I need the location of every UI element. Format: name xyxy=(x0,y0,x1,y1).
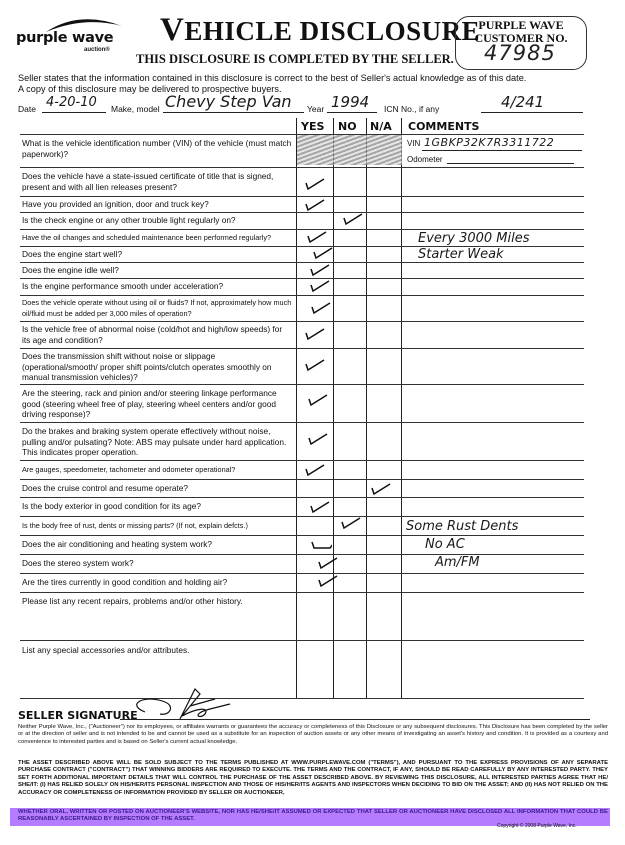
checkmark-icon xyxy=(304,177,326,191)
checkmark-icon xyxy=(304,463,326,477)
row-divider xyxy=(20,278,584,279)
checkmark-icon xyxy=(309,263,331,277)
checkmark-yes-oil-fluids[interactable] xyxy=(310,301,332,315)
signature-scribble-icon xyxy=(120,684,250,722)
question-engine-start: Does the engine start well? xyxy=(22,249,292,260)
comment-rust-dents[interactable]: Some Rust Dents xyxy=(406,519,518,534)
logo-text: purple wave xyxy=(16,30,113,46)
checkmark-icon xyxy=(370,482,392,496)
row-divider xyxy=(20,479,584,480)
checkmark-yes-ac[interactable] xyxy=(310,536,332,550)
question-oil-changes: Have the oil changes and scheduled maint… xyxy=(22,233,292,244)
question-tires: Are the tires currently in good conditio… xyxy=(22,577,292,588)
comment-engine-start[interactable]: Starter Weak xyxy=(418,247,504,262)
checkmark-icon xyxy=(310,301,332,315)
checkmark-icon xyxy=(304,327,326,341)
row-divider xyxy=(20,212,584,213)
odometer-label: Odometer xyxy=(407,155,443,164)
checkmark-icon xyxy=(304,358,326,372)
row-divider xyxy=(20,295,584,296)
checkmark-icon xyxy=(340,516,362,530)
question-air-conditioning: Does the air conditioning and heating sy… xyxy=(22,539,292,550)
question-gauges: Are gauges, speedometer, tachometer and … xyxy=(22,465,292,476)
question-keys: Have you provided an ignition, door and … xyxy=(22,199,292,210)
column-header-no: NO xyxy=(338,120,357,133)
logo-subtext: auction® xyxy=(84,47,110,53)
question-engine-performance: Is the engine performance smooth under a… xyxy=(22,281,292,292)
question-oil-fluids: Does the vehicle operate without using o… xyxy=(22,298,292,319)
row-divider xyxy=(20,134,584,135)
column-header-na: N/A xyxy=(370,120,392,133)
year-field[interactable]: 1994 xyxy=(327,94,377,113)
question-cruise-control: Does the cruise control and resume opera… xyxy=(22,483,292,494)
question-rust-dents: Is the body free of rust, dents or missi… xyxy=(22,521,292,532)
checkmark-yes-brakes[interactable] xyxy=(307,432,329,446)
checkmark-yes-gauges[interactable] xyxy=(304,463,326,477)
highlighted-terms-text: whether oral, written or posted on aucti… xyxy=(18,809,608,824)
row-divider xyxy=(20,592,584,593)
date-field[interactable]: 4-20-10 xyxy=(42,96,106,113)
checkmark-icon xyxy=(342,212,364,226)
checkmark-yes-keys[interactable] xyxy=(304,198,326,212)
question-stereo: Does the stereo system work? xyxy=(22,558,292,569)
row-divider xyxy=(20,384,584,385)
grid-line xyxy=(333,118,334,698)
page-subtitle: THIS DISCLOSURE IS COMPLETED BY THE SELL… xyxy=(136,52,454,67)
checkmark-icon xyxy=(306,230,328,244)
question-recent-repairs: Please list any recent repairs, problems… xyxy=(22,596,292,607)
page-title: VEHICLE DISCLOSURE xyxy=(160,12,480,49)
comment-line xyxy=(402,262,582,263)
row-divider xyxy=(20,348,584,349)
question-engine-idle: Does the engine idle well? xyxy=(22,265,292,276)
make-model-field[interactable]: Chevy Step Van xyxy=(163,92,304,113)
row-divider xyxy=(20,573,584,574)
checkmark-icon xyxy=(307,393,329,407)
row-divider xyxy=(20,497,584,498)
question-check-engine: Is the check engine or any other trouble… xyxy=(22,215,292,226)
row-divider xyxy=(20,535,584,536)
row-divider xyxy=(20,698,584,699)
checkmark-icon xyxy=(307,432,329,446)
checkmark-yes-steering[interactable] xyxy=(307,393,329,407)
question-vin: What is the vehicle identification numbe… xyxy=(22,138,292,159)
checkmark-yes-oil[interactable] xyxy=(306,230,328,244)
grid-line xyxy=(296,118,297,698)
row-divider xyxy=(20,554,584,555)
checkmark-yes-performance[interactable] xyxy=(309,279,331,293)
grid-line xyxy=(401,118,402,698)
icn-label: ICN No., if any xyxy=(384,104,439,114)
row-divider xyxy=(20,196,584,197)
checkmark-icon xyxy=(310,536,332,550)
question-steering: Are the steering, rack and pinion and/or… xyxy=(22,388,292,420)
vin-row-shading xyxy=(297,135,402,165)
customer-number-box: PURPLE WAVECUSTOMER NO. 47985 xyxy=(455,16,587,70)
checkmark-yes-tires[interactable] xyxy=(317,574,339,588)
odometer-field[interactable] xyxy=(447,152,574,164)
row-divider xyxy=(20,321,584,322)
checkmark-icon xyxy=(317,556,339,570)
row-divider xyxy=(20,229,584,230)
checkmark-yes-transmission[interactable] xyxy=(304,358,326,372)
checkmark-icon xyxy=(304,198,326,212)
checkmark-yes-noise[interactable] xyxy=(304,327,326,341)
vin-label: VIN xyxy=(407,139,420,148)
checkmark-na-cruise[interactable] xyxy=(370,482,392,496)
intro-statement: Seller states that the information conta… xyxy=(18,73,526,94)
checkmark-no-check-engine[interactable] xyxy=(342,212,364,226)
make-model-label: Make, model xyxy=(111,104,160,114)
checkmark-icon xyxy=(317,574,339,588)
checkmark-icon xyxy=(309,500,331,514)
checkmark-yes-stereo[interactable] xyxy=(317,556,339,570)
row-divider xyxy=(20,640,584,641)
date-label: Date xyxy=(18,104,36,114)
checkmark-yes-body-exterior[interactable] xyxy=(309,500,331,514)
seller-signature-field[interactable] xyxy=(120,706,590,720)
checkmark-icon xyxy=(312,246,334,260)
column-header-yes: YES xyxy=(301,120,324,133)
column-header-comments: COMMENTS xyxy=(408,120,479,133)
checkmark-yes-start[interactable] xyxy=(312,246,334,260)
customer-number-value[interactable]: 47985 xyxy=(484,41,556,65)
question-title: Does the vehicle have a state-issued cer… xyxy=(22,171,292,192)
question-brakes: Do the brakes and braking system operate… xyxy=(22,426,292,458)
row-divider xyxy=(20,422,584,423)
checkmark-no-rust[interactable] xyxy=(340,516,362,530)
row-divider xyxy=(20,460,584,461)
comment-oil-changes[interactable]: Every 3000 Miles xyxy=(418,231,530,246)
icn-field[interactable]: 4/241 xyxy=(481,94,583,113)
question-accessories: List any special accessories and/or attr… xyxy=(22,645,292,656)
question-noise: Is the vehicle free of abnormal noise (c… xyxy=(22,324,292,345)
vin-field[interactable]: 1GBKP32K7R3311722 xyxy=(422,136,582,151)
terms-text: The asset described above will be sold s… xyxy=(18,760,608,797)
row-divider xyxy=(20,516,584,517)
question-body-exterior: Is the body exterior in good condition f… xyxy=(22,501,292,512)
checkmark-yes-title[interactable] xyxy=(304,177,326,191)
checkmark-icon xyxy=(309,279,331,293)
purple-wave-logo: purple wave auction® xyxy=(14,14,124,54)
grid-line xyxy=(366,118,367,698)
year-label: Year xyxy=(307,104,324,114)
comment-stereo[interactable]: Am/FM xyxy=(435,555,480,570)
copyright-text: Copyright © 2008 Purple Wave, Inc. xyxy=(497,823,577,829)
comment-air-conditioning[interactable]: No AC xyxy=(425,537,465,552)
disclaimer-text: Neither Purple Wave, Inc., ("Auctioneer"… xyxy=(18,724,608,746)
checkmark-yes-idle[interactable] xyxy=(309,263,331,277)
question-transmission: Does the transmission shift without nois… xyxy=(22,351,292,383)
row-divider xyxy=(20,167,584,168)
